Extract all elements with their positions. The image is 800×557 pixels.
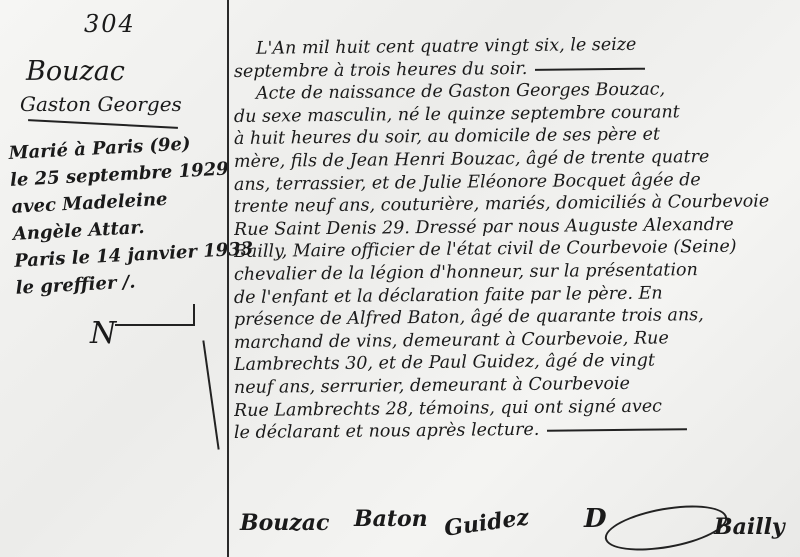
signature-mayor: Bailly xyxy=(714,514,785,540)
entry-number: 304 xyxy=(84,10,136,38)
margin-rule xyxy=(227,0,229,557)
margin-column: 304 Bouzac Gaston Georges Marié à Paris … xyxy=(0,0,226,557)
margin-given-names: Gaston Georges xyxy=(20,92,182,116)
signature-witness-1: Baton xyxy=(354,506,428,532)
margin-bracket-line xyxy=(202,340,219,449)
body-line: le déclarant et nous après lecture. xyxy=(234,416,800,445)
line-filler xyxy=(547,428,687,431)
signature-witness-2: Guidez xyxy=(443,504,531,542)
signature-declarant: Bouzac xyxy=(240,510,329,536)
line-filler xyxy=(535,67,645,70)
margin-surname: Bouzac xyxy=(26,56,125,87)
signature-flourish xyxy=(601,498,730,557)
body-line-text: le déclarant et nous après lecture. xyxy=(234,420,540,443)
signatures-row: Bouzac Baton Guidez D Bailly xyxy=(234,500,800,557)
name-underline xyxy=(28,119,178,129)
margin-initials: N xyxy=(90,316,116,351)
birth-record-page: 304 Bouzac Gaston Georges Marié à Paris … xyxy=(0,0,800,557)
margin-bracket-line xyxy=(193,304,195,326)
margin-bracket-line xyxy=(115,324,195,326)
signature-mayor-initial: D xyxy=(584,504,607,534)
body-line-text: septembre à trois heures du soir. xyxy=(234,59,528,82)
marriage-annotation: Marié à Paris (9e) le 25 septembre 1929 … xyxy=(8,129,231,302)
record-body: L'An mil huit cent quatre vingt six, le … xyxy=(234,38,800,445)
